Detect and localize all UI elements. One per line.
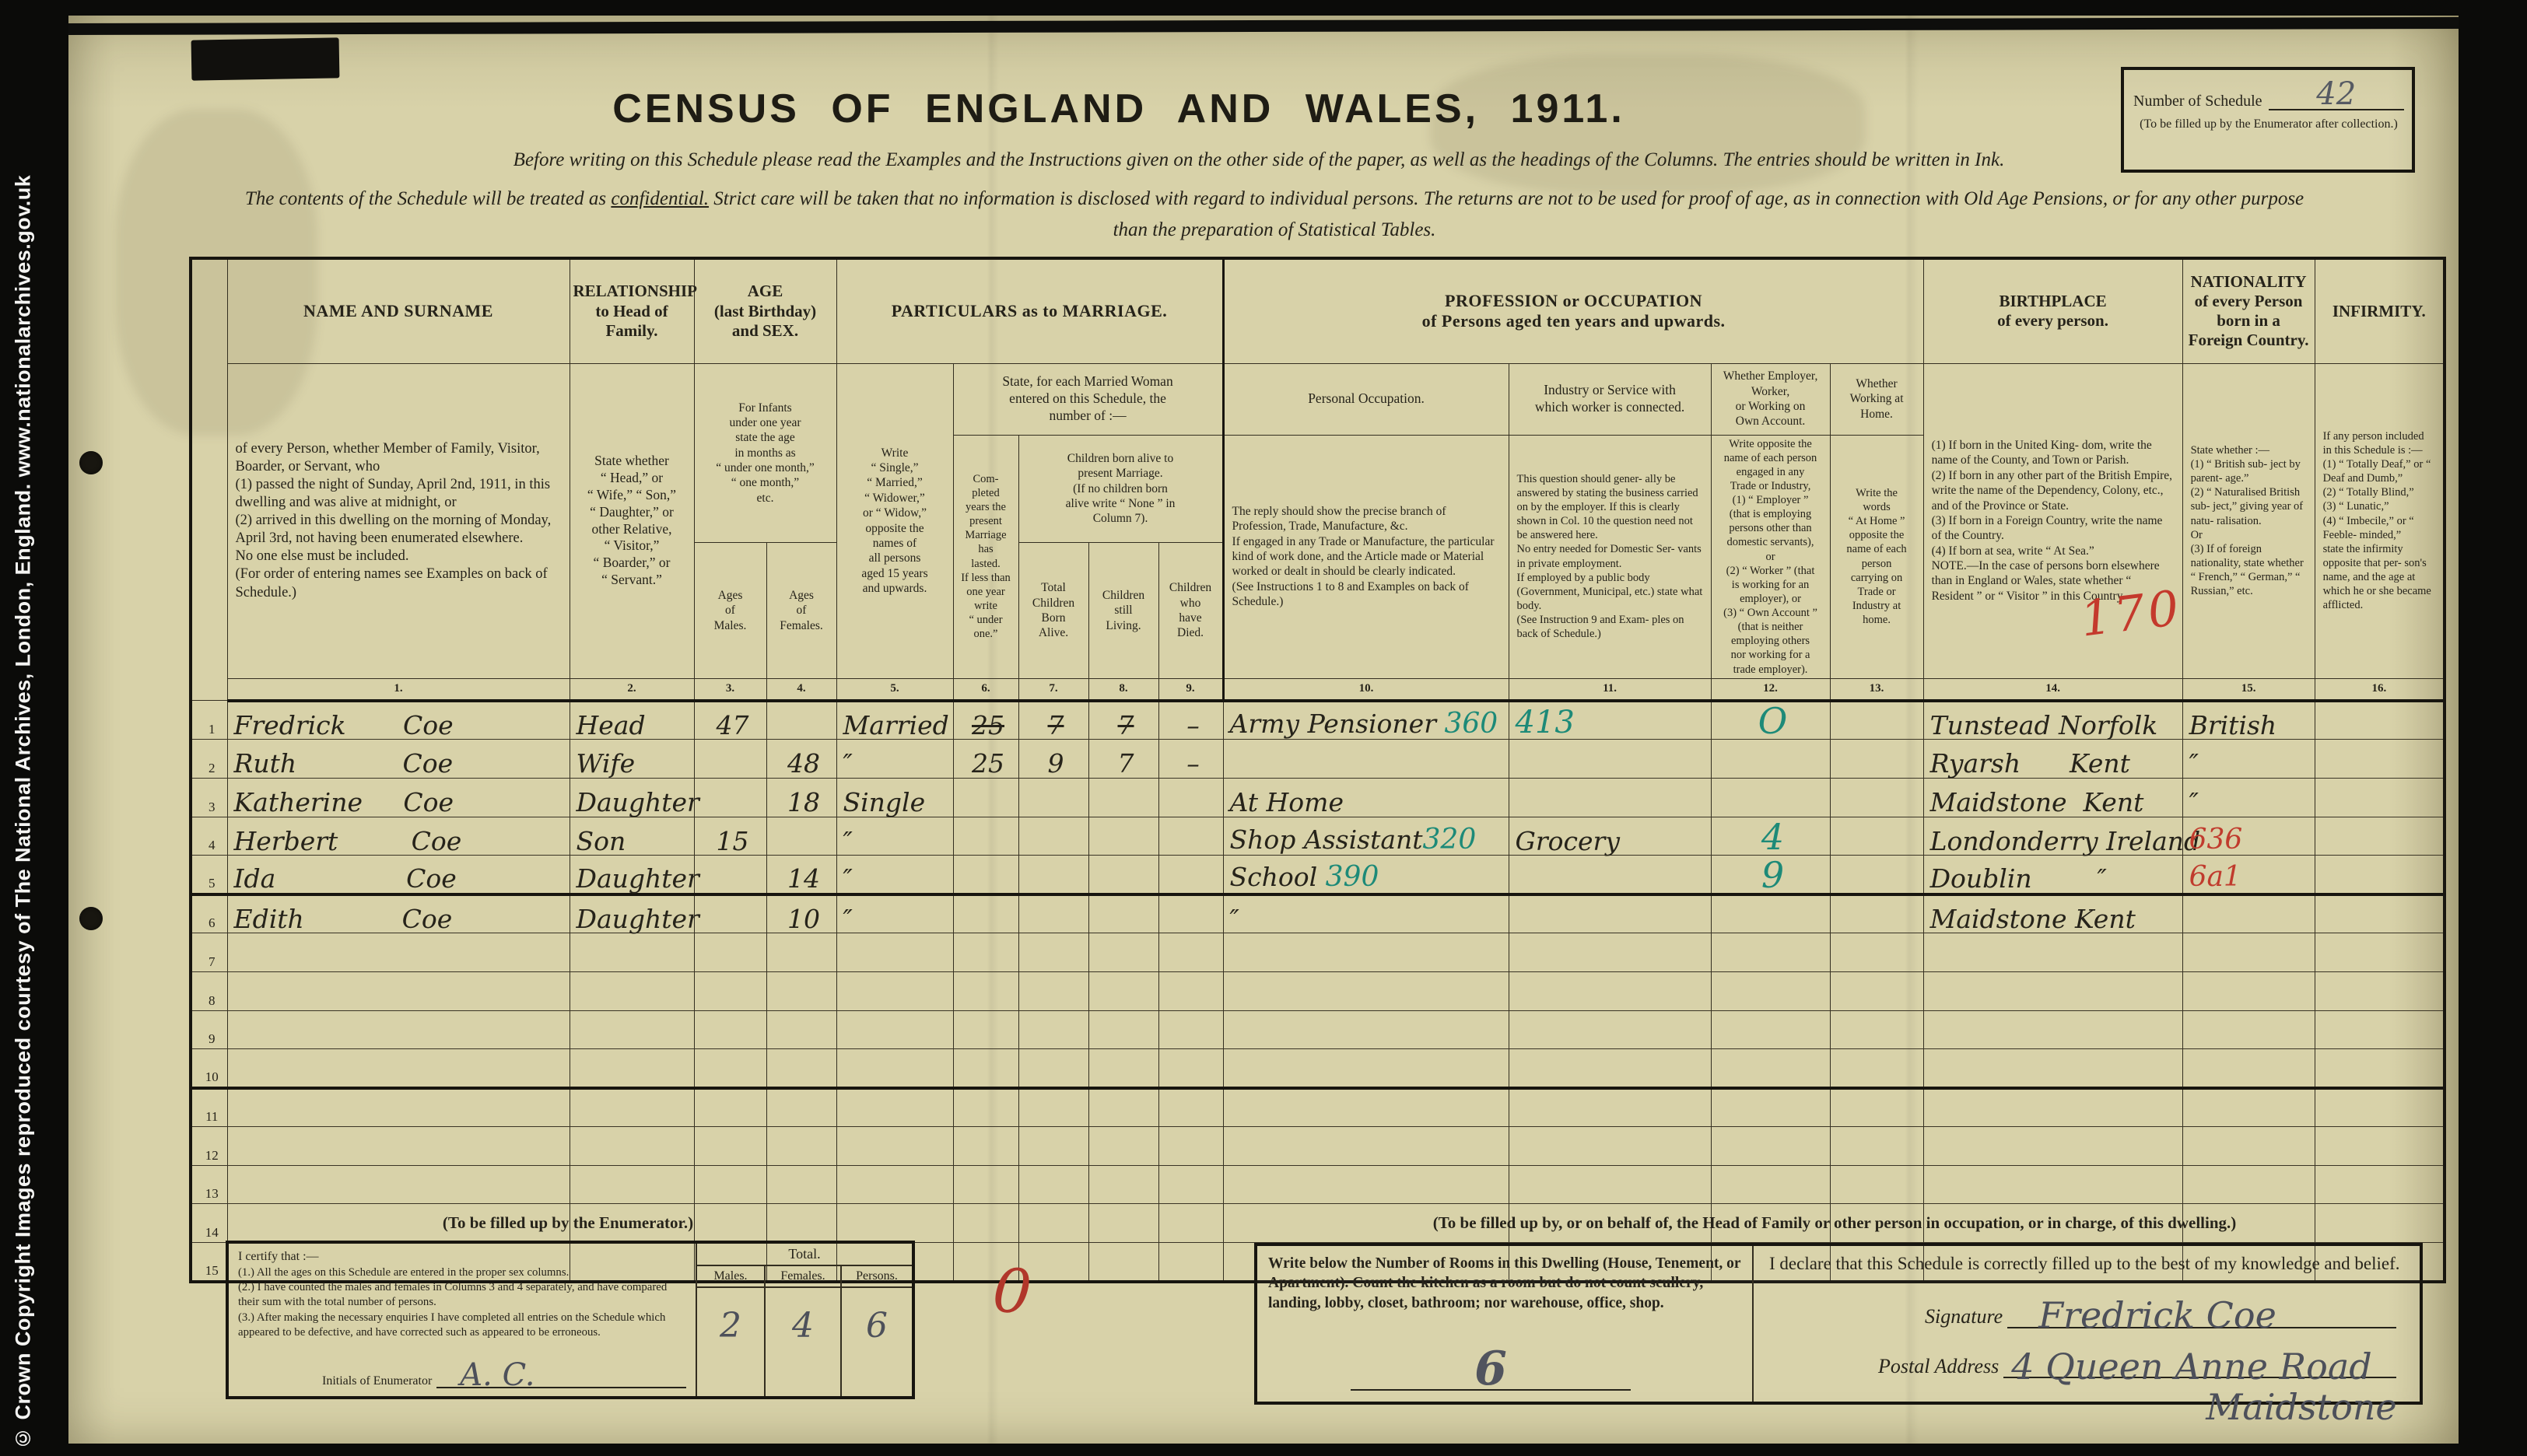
cell-athome xyxy=(1830,701,1923,740)
cell-relation: Daughter xyxy=(570,778,694,817)
cell-age_m xyxy=(694,856,766,894)
cell-age_f xyxy=(766,971,836,1010)
enumerator-initials-value: A. C. xyxy=(460,1360,534,1390)
cell-n: 9 xyxy=(191,1010,227,1049)
header-name-description: of every Person, whether Member of Famil… xyxy=(227,363,570,678)
persons-total-value: 6 xyxy=(842,1288,912,1396)
cell-died xyxy=(1158,1204,1223,1243)
cell-living xyxy=(1088,1088,1158,1127)
confidential-pre: The contents of the Schedule will be tre… xyxy=(245,188,612,209)
cell-infirmity xyxy=(2315,1126,2445,1165)
schedule-number-value: 42 xyxy=(2316,76,2356,112)
cell-birthplace: Tunstead Norfolk xyxy=(1923,701,2182,740)
cell-industry xyxy=(1509,739,1711,778)
table-row: 10 xyxy=(191,1049,2445,1088)
cell-age_f: 10 xyxy=(766,894,836,933)
cell-employer_code xyxy=(1711,971,1830,1010)
cell-employer_code xyxy=(1711,1010,1830,1049)
cell-age_f xyxy=(766,1126,836,1165)
cell-birthplace xyxy=(1923,1010,2182,1049)
header-children-born: Total Children Born Alive. xyxy=(1018,543,1088,678)
cell-years xyxy=(953,1165,1018,1204)
cell-marital: ″ xyxy=(836,739,953,778)
cell-nationality: 636 xyxy=(2182,817,2315,856)
cell-died xyxy=(1158,1049,1223,1088)
cell-athome xyxy=(1830,1126,1923,1165)
cell-marital: ″ xyxy=(836,894,953,933)
cell-industry xyxy=(1509,894,1711,933)
cell-n: 13 xyxy=(191,1165,227,1204)
cell-birthplace xyxy=(1923,1165,2182,1204)
females-label: Females. xyxy=(766,1266,842,1286)
cell-birthplace: Maidstone Kent xyxy=(1923,894,2182,933)
header-age-sex: AGE (last Birthday) and SEX. xyxy=(694,258,836,363)
cell-infirmity xyxy=(2315,817,2445,856)
cell-born xyxy=(1018,856,1088,894)
cell-employer_code xyxy=(1711,1049,1830,1088)
cell-age_f xyxy=(766,1049,836,1088)
cell-employer_code xyxy=(1711,1088,1830,1127)
cell-occupation xyxy=(1223,1165,1509,1204)
cell-years: 25 xyxy=(953,701,1018,740)
header-birthplace: BIRTHPLACE of every person. xyxy=(1923,258,2182,363)
cell-infirmity xyxy=(2315,971,2445,1010)
census-table: NAME AND SURNAME RELATIONSHIP to Head of… xyxy=(189,257,2446,1283)
cell-name: Fredrick Coe xyxy=(227,701,570,740)
cell-relation xyxy=(570,1010,694,1049)
cell-industry xyxy=(1509,1010,1711,1049)
cell-marital xyxy=(836,1126,953,1165)
column-number: 9. xyxy=(1158,678,1223,701)
cell-occupation: At Home xyxy=(1223,778,1509,817)
cell-marital xyxy=(836,1165,953,1204)
cell-born xyxy=(1018,1088,1088,1127)
table-row: 6Edith CoeDaughter10″″Maidstone Kent xyxy=(191,894,2445,933)
cell-n: 2 xyxy=(191,739,227,778)
header-industry-service: Industry or Service with which worker is… xyxy=(1509,363,1711,435)
table-row: 9 xyxy=(191,1010,2445,1049)
cell-living xyxy=(1088,933,1158,971)
cell-age_m: 15 xyxy=(694,817,766,856)
cell-employer_code xyxy=(1711,933,1830,971)
cell-relation: Daughter xyxy=(570,894,694,933)
table-row: 11 xyxy=(191,1088,2445,1127)
cell-died xyxy=(1158,1010,1223,1049)
enumerator-green-code: 9 xyxy=(1761,854,1784,896)
cell-born xyxy=(1018,778,1088,817)
cell-died xyxy=(1158,933,1223,971)
cell-relation xyxy=(570,1088,694,1127)
cell-birthplace xyxy=(1923,1088,2182,1127)
cell-infirmity xyxy=(2315,1088,2445,1127)
table-row: 1Fredrick CoeHead47Married2577–Army Pens… xyxy=(191,701,2445,740)
header-working-at-home: Whether Working at Home. xyxy=(1830,363,1923,435)
confidential-line-2: than the preparation of Statistical Tabl… xyxy=(162,219,2387,241)
cell-died xyxy=(1158,1243,1223,1282)
cell-name: Herbert Coe xyxy=(227,817,570,856)
cell-nationality: ″ xyxy=(2182,739,2315,778)
header-occupation-description: The reply should show the precise branch… xyxy=(1223,435,1509,678)
scan-top-edge xyxy=(68,17,2459,35)
cell-age_f: 18 xyxy=(766,778,836,817)
cell-birthplace xyxy=(1923,1049,2182,1088)
enumerator-green-code: 4 xyxy=(1761,816,1784,858)
cell-died xyxy=(1158,894,1223,933)
cell-name xyxy=(227,1088,570,1127)
females-total-value: 4 xyxy=(766,1288,842,1396)
cell-infirmity xyxy=(2315,739,2445,778)
cell-died xyxy=(1158,856,1223,894)
enumerator-green-code: 413 xyxy=(1516,705,1575,740)
cell-industry xyxy=(1509,971,1711,1010)
scan-black-margin: © Crown Copyright Images reproduced cour… xyxy=(0,0,68,1456)
cell-age_f: 14 xyxy=(766,856,836,894)
cell-nationality: British xyxy=(2182,701,2315,740)
cell-name: Katherine Coe xyxy=(227,778,570,817)
cell-n: 15 xyxy=(191,1243,227,1282)
cell-employer_code xyxy=(1711,894,1830,933)
cell-athome xyxy=(1830,933,1923,971)
cell-living xyxy=(1088,1126,1158,1165)
cell-nationality xyxy=(2182,971,2315,1010)
cell-age_m xyxy=(694,1088,766,1127)
cell-nationality: 6a1 xyxy=(2182,856,2315,894)
cell-born: 9 xyxy=(1018,739,1088,778)
cell-age_m xyxy=(694,1165,766,1204)
cell-living xyxy=(1088,1049,1158,1088)
cell-industry xyxy=(1509,856,1711,894)
cell-infirmity xyxy=(2315,701,2445,740)
cell-died xyxy=(1158,1126,1223,1165)
cell-living xyxy=(1088,817,1158,856)
cell-marital: ″ xyxy=(836,856,953,894)
cell-years xyxy=(953,856,1018,894)
cell-born xyxy=(1018,1126,1088,1165)
cell-employer_code xyxy=(1711,778,1830,817)
header-relationship: RELATIONSHIP to Head of Family. xyxy=(570,258,694,363)
cell-athome xyxy=(1830,778,1923,817)
persons-label: Persons. xyxy=(842,1266,912,1286)
cell-living xyxy=(1088,778,1158,817)
header-children-living: Children still Living. xyxy=(1088,543,1158,678)
cell-age_f xyxy=(766,701,836,740)
males-total-value: 2 xyxy=(697,1288,766,1396)
cell-relation xyxy=(570,933,694,971)
enumerator-green-code: 320 xyxy=(1423,824,1477,856)
cell-born: 7 xyxy=(1018,701,1088,740)
cell-died xyxy=(1158,778,1223,817)
registrar-red-code: 6a1 xyxy=(2189,861,2241,893)
cell-marital xyxy=(836,1088,953,1127)
cell-athome xyxy=(1830,856,1923,894)
cell-born xyxy=(1018,971,1088,1010)
cell-living xyxy=(1088,1204,1158,1243)
cell-occupation xyxy=(1223,933,1509,971)
cell-years xyxy=(953,1126,1018,1165)
cell-occupation: ″ xyxy=(1223,894,1509,933)
cell-athome xyxy=(1830,1049,1923,1088)
declaration-text: I declare that this Schedule is correctl… xyxy=(1769,1254,2404,1274)
cell-relation xyxy=(570,1049,694,1088)
cell-industry xyxy=(1509,778,1711,817)
cell-died xyxy=(1158,971,1223,1010)
cell-died xyxy=(1158,1088,1223,1127)
cell-years xyxy=(953,817,1018,856)
cell-athome xyxy=(1830,739,1923,778)
cell-n: 1 xyxy=(191,701,227,740)
column-number: 11. xyxy=(1509,678,1711,701)
table-row: 7 xyxy=(191,933,2445,971)
cell-name: Edith Coe xyxy=(227,894,570,933)
cell-occupation xyxy=(1223,1088,1509,1127)
header-age-infants-note: For Infants under one year state the age… xyxy=(694,363,836,543)
cell-name xyxy=(227,1049,570,1088)
cell-born xyxy=(1018,1010,1088,1049)
cell-living xyxy=(1088,1010,1158,1049)
cell-occupation xyxy=(1223,1049,1509,1088)
cell-years xyxy=(953,971,1018,1010)
cell-name xyxy=(227,933,570,971)
cell-relation xyxy=(570,1165,694,1204)
cell-n: 10 xyxy=(191,1049,227,1088)
scan-corner-blot xyxy=(191,37,340,80)
schedule-number-note: (To be filled up by the Enumerator after… xyxy=(2133,117,2404,131)
header-profession-group: PROFESSION or OCCUPATION of Persons aged… xyxy=(1223,258,1923,363)
postal-address-value: 4 Queen Anne Road xyxy=(2011,1350,2371,1384)
header-marriage-years: Com- pleted years the present Marriage h… xyxy=(953,435,1018,678)
cell-industry xyxy=(1509,933,1711,971)
confidential-word: confidential. xyxy=(611,188,709,209)
certify-intro: I certify that :— xyxy=(238,1250,688,1264)
cell-relation: Daughter xyxy=(570,856,694,894)
cell-occupation xyxy=(1223,1126,1509,1165)
males-label: Males. xyxy=(697,1266,766,1286)
cell-nationality xyxy=(2182,1126,2315,1165)
table-row: 3Katherine CoeDaughter18SingleAt HomeMai… xyxy=(191,778,2445,817)
head-of-family-section-title: (To be filled up by, or on behalf of, th… xyxy=(1235,1213,2434,1233)
census-schedule-page: Number of Schedule 42 (To be filled up b… xyxy=(68,16,2459,1444)
cell-name: Ida Coe xyxy=(227,856,570,894)
cell-industry: Grocery xyxy=(1509,817,1711,856)
cell-athome xyxy=(1830,894,1923,933)
header-industry-description: This question should gener- ally be answ… xyxy=(1509,435,1711,678)
header-ages-females: Ages of Females. xyxy=(766,543,836,678)
cell-industry xyxy=(1509,1126,1711,1165)
cell-infirmity xyxy=(2315,778,2445,817)
cell-athome xyxy=(1830,971,1923,1010)
cell-died: – xyxy=(1158,701,1223,740)
table-row: 5Ida CoeDaughter14″School 3909Doublin ″6… xyxy=(191,856,2445,894)
cell-birthplace: Doublin ″ xyxy=(1923,856,2182,894)
cell-age_m xyxy=(694,778,766,817)
header-marriage-group: PARTICULARS as to MARRIAGE. xyxy=(836,258,1223,363)
cell-relation: Son xyxy=(570,817,694,856)
header-infirmity-description: If any person included in this Schedule … xyxy=(2315,363,2445,678)
enumerator-box: I certify that :— (1.) All the ages on t… xyxy=(226,1241,915,1399)
rooms-value: 6 xyxy=(1474,1342,1507,1396)
column-number: 16. xyxy=(2315,678,2445,701)
header-personal-occupation: Personal Occupation. xyxy=(1223,363,1509,435)
cell-age_m xyxy=(694,1010,766,1049)
cell-years xyxy=(953,894,1018,933)
cell-relation: Wife xyxy=(570,739,694,778)
cell-age_f xyxy=(766,1088,836,1127)
cell-birthplace xyxy=(1923,1126,2182,1165)
column-number: 14. xyxy=(1923,678,2182,701)
table-row: 8 xyxy=(191,971,2445,1010)
column-number: 13. xyxy=(1830,678,1923,701)
enumerator-green-code: 390 xyxy=(1326,861,1379,893)
cell-living xyxy=(1088,1243,1158,1282)
postal-address-value-2: Maidstone xyxy=(2206,1391,2396,1425)
cell-died xyxy=(1158,1165,1223,1204)
cell-age_f xyxy=(766,933,836,971)
cell-birthplace: Maidstone Kent xyxy=(1923,778,2182,817)
cell-living xyxy=(1088,894,1158,933)
cell-name xyxy=(227,1010,570,1049)
header-employer-worker: Whether Employer, Worker, or Working on … xyxy=(1711,363,1830,435)
certify-items: (1.) All the ages on this Schedule are e… xyxy=(238,1265,688,1340)
cell-years xyxy=(953,1204,1018,1243)
cell-age_m xyxy=(694,1049,766,1088)
confidential-line: The contents of the Schedule will be tre… xyxy=(162,188,2387,210)
cell-birthplace xyxy=(1923,933,2182,971)
column-number: 12. xyxy=(1711,678,1830,701)
cell-nationality: ″ xyxy=(2182,778,2315,817)
column-number: 10. xyxy=(1223,678,1509,701)
cell-living xyxy=(1088,1165,1158,1204)
cell-nationality xyxy=(2182,1088,2315,1127)
column-number-row: 1. 2. 3. 4. 5. 6. 7. 8. 9. 10. 11. 12. 1… xyxy=(191,678,2445,701)
cell-infirmity xyxy=(2315,1049,2445,1088)
enumerator-section-title: (To be filled up by the Enumerator.) xyxy=(226,1213,910,1233)
cell-name xyxy=(227,1165,570,1204)
initials-label: Initials of Enumerator xyxy=(322,1374,432,1388)
column-number: 2. xyxy=(570,678,694,701)
cell-industry xyxy=(1509,1049,1711,1088)
cell-n: 7 xyxy=(191,933,227,971)
header-name-surname: NAME AND SURNAME xyxy=(227,258,570,363)
signature-label: Signature xyxy=(1925,1305,2003,1328)
cell-age_f xyxy=(766,1165,836,1204)
registrar-red-zero: 0 xyxy=(990,1255,1034,1328)
cell-years: 25 xyxy=(953,739,1018,778)
instruction-line: Before writing on this Schedule please r… xyxy=(185,149,2332,171)
cell-age_f xyxy=(766,1010,836,1049)
cell-n: 3 xyxy=(191,778,227,817)
cell-marital xyxy=(836,971,953,1010)
cell-nationality xyxy=(2182,1010,2315,1049)
cell-n: 5 xyxy=(191,856,227,894)
cell-birthplace: Ryarsh Kent xyxy=(1923,739,2182,778)
table-row: 2Ruth CoeWife48″2597–Ryarsh Kent″ xyxy=(191,739,2445,778)
cell-occupation xyxy=(1223,1010,1509,1049)
totals-cell: Total. Males. Females. Persons. 2 4 6 xyxy=(697,1244,912,1396)
cell-years xyxy=(953,933,1018,971)
table-row: 4Herbert CoeSon15″Shop Assistant320Groce… xyxy=(191,817,2445,856)
cell-employer_code: 9 xyxy=(1711,856,1830,894)
header-ages-males: Ages of Males. xyxy=(694,543,766,678)
cell-age_m xyxy=(694,971,766,1010)
cell-nationality xyxy=(2182,933,2315,971)
cell-occupation xyxy=(1223,739,1509,778)
punch-hole xyxy=(79,907,103,930)
cell-athome xyxy=(1830,817,1923,856)
cell-born xyxy=(1018,1165,1088,1204)
column-number: 1. xyxy=(227,678,570,701)
cell-occupation: Army Pensioner 360 xyxy=(1223,701,1509,740)
cell-living xyxy=(1088,856,1158,894)
cell-occupation: School 390 xyxy=(1223,856,1509,894)
cell-athome xyxy=(1830,1088,1923,1127)
cell-nationality xyxy=(2182,894,2315,933)
header-children-died: Children who have Died. xyxy=(1158,543,1223,678)
cell-birthplace xyxy=(1923,971,2182,1010)
cell-athome xyxy=(1830,1165,1923,1204)
cell-born xyxy=(1018,817,1088,856)
cell-employer_code: O xyxy=(1711,701,1830,740)
cell-relation xyxy=(570,971,694,1010)
row-number-column-header xyxy=(191,258,227,701)
cell-athome xyxy=(1830,1010,1923,1049)
cell-n: 6 xyxy=(191,894,227,933)
cell-n: 14 xyxy=(191,1204,227,1243)
cell-name xyxy=(227,971,570,1010)
cell-born xyxy=(1018,933,1088,971)
cell-age_m xyxy=(694,933,766,971)
table-row: 13 xyxy=(191,1165,2445,1204)
cell-name: Ruth Coe xyxy=(227,739,570,778)
header-married-woman-note: State, for each Married Woman entered on… xyxy=(953,363,1223,435)
cell-n: 12 xyxy=(191,1126,227,1165)
cell-age_f: 48 xyxy=(766,739,836,778)
cell-age_f xyxy=(766,817,836,856)
cell-industry xyxy=(1509,1088,1711,1127)
cell-born xyxy=(1018,894,1088,933)
signature-value: Fredrick Coe xyxy=(2038,1299,2276,1333)
cell-born xyxy=(1018,1049,1088,1088)
cell-living: 7 xyxy=(1088,701,1158,740)
cell-infirmity xyxy=(2315,894,2445,933)
confidential-post: Strict care will be taken that no inform… xyxy=(709,188,2304,209)
cell-relation: Head xyxy=(570,701,694,740)
cell-living xyxy=(1088,971,1158,1010)
column-number: 6. xyxy=(953,678,1018,701)
cell-n: 11 xyxy=(191,1088,227,1127)
cell-employer_code: 4 xyxy=(1711,817,1830,856)
header-marital-instructions: Write “ Single,” “ Married,” “ Widower,”… xyxy=(836,363,953,678)
cell-years xyxy=(953,1049,1018,1088)
cell-years xyxy=(953,1010,1018,1049)
cell-died: – xyxy=(1158,739,1223,778)
header-relationship-description: State whether “ Head,” or “ Wife,” “ Son… xyxy=(570,363,694,678)
cell-employer_code xyxy=(1711,1165,1830,1204)
cell-living: 7 xyxy=(1088,739,1158,778)
cell-marital: Single xyxy=(836,778,953,817)
cell-years xyxy=(953,778,1018,817)
cell-marital xyxy=(836,1010,953,1049)
cell-infirmity xyxy=(2315,1165,2445,1204)
copyright-vertical-text: © Crown Copyright Images reproduced cour… xyxy=(6,6,40,1450)
cell-age_m xyxy=(694,894,766,933)
cell-age_m xyxy=(694,1126,766,1165)
certification-cell: I certify that :— (1.) All the ages on t… xyxy=(229,1244,697,1396)
punch-hole xyxy=(79,451,103,474)
cell-industry: 413 xyxy=(1509,701,1711,740)
cell-born xyxy=(1018,1204,1088,1243)
cell-age_m xyxy=(694,739,766,778)
header-nationality: NATIONALITY of every Person born in a Fo… xyxy=(2182,258,2315,363)
